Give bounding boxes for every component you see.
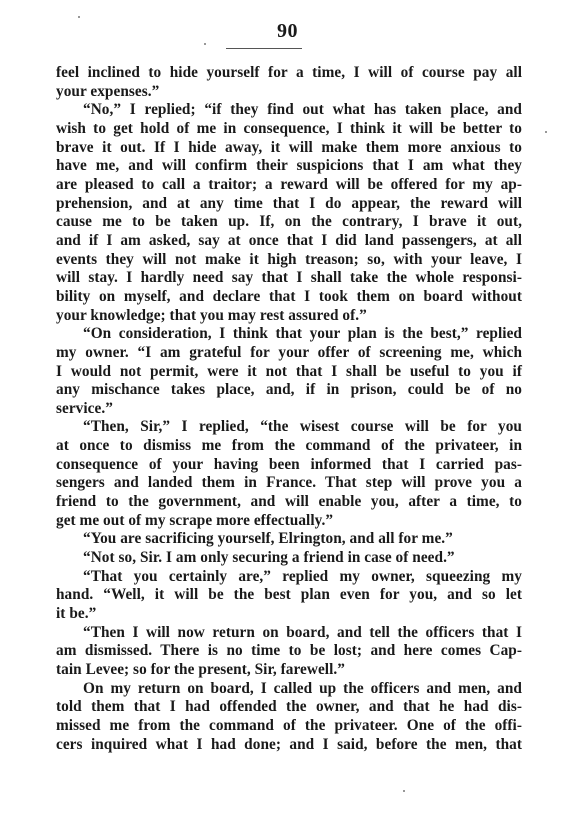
text-line: have me, and will confirm their suspicio…: [56, 157, 522, 176]
text-line: hand. “Well, it will be the best plan ev…: [56, 586, 522, 605]
text-line: consequence of your having been informed…: [56, 456, 522, 475]
text-line: cers inquired what I had done; and I sai…: [56, 736, 522, 755]
text-line: my owner. “I am grateful for your offer …: [56, 344, 522, 363]
text-line: prehension, and at any time that I do ap…: [56, 195, 522, 214]
scan-speck: [545, 131, 547, 133]
text-line: events they will not make it high treaso…: [56, 251, 522, 270]
text-line: are pleased to call a traitor; a reward …: [56, 176, 522, 195]
scan-speck: [78, 16, 80, 18]
header-rule: [226, 48, 302, 49]
page-number: 90: [0, 20, 575, 43]
text-line: tain Levee; so for the present, Sir, far…: [56, 661, 522, 680]
text-line: your expenses.”: [56, 83, 522, 102]
text-line: and if I am asked, say at once that I di…: [56, 232, 522, 251]
text-line: will stay. I hardly need say that I shal…: [56, 269, 522, 288]
text-line: On my return on board, I called up the o…: [56, 680, 522, 699]
scan-speck: [204, 43, 206, 45]
text-line: “Then, Sir,” I replied, “the wisest cour…: [56, 418, 522, 437]
text-line: missed me from the command of the privat…: [56, 717, 522, 736]
text-line: friend to the government, and will enabl…: [56, 493, 522, 512]
text-line: “Not so, Sir. I am only securing a frien…: [56, 549, 522, 568]
text-line: get me out of my scrape more effectually…: [56, 512, 522, 531]
text-line: feel inclined to hide yourself for a tim…: [56, 64, 522, 83]
text-line: “No,” I replied; “if they find out what …: [56, 101, 522, 120]
text-line: your knowledge; that you may rest assure…: [56, 307, 522, 326]
text-line: it be.”: [56, 605, 522, 624]
text-line: at once to dismiss me from the command o…: [56, 437, 522, 456]
text-line: I would not permit, were it not that I s…: [56, 363, 522, 382]
book-page: 90 feel inclined to hide yourself for a …: [0, 0, 575, 831]
text-line: any mischance takes place, and, if in pr…: [56, 381, 522, 400]
text-line: bility on myself, and declare that I too…: [56, 288, 522, 307]
text-line: “On consideration, I think that your pla…: [56, 325, 522, 344]
text-line: sengers and landed them in France. That …: [56, 474, 522, 493]
text-line: “That you certainly are,” replied my own…: [56, 568, 522, 587]
text-line: “Then I will now return on board, and te…: [56, 624, 522, 643]
scan-speck: [403, 790, 405, 792]
text-line: service.”: [56, 400, 522, 419]
text-line: wish to get hold of me in consequence, I…: [56, 120, 522, 139]
text-line: “You are sacrificing yourself, Elrington…: [56, 530, 522, 549]
body-text: feel inclined to hide yourself for a tim…: [56, 64, 522, 754]
text-line: cause me to be taken up. If, on the cont…: [56, 213, 522, 232]
text-line: am dismissed. There is no time to be los…: [56, 642, 522, 661]
text-line: brave it out. If I hide away, it will ma…: [56, 139, 522, 158]
text-line: told them that I had offended the owner,…: [56, 698, 522, 717]
